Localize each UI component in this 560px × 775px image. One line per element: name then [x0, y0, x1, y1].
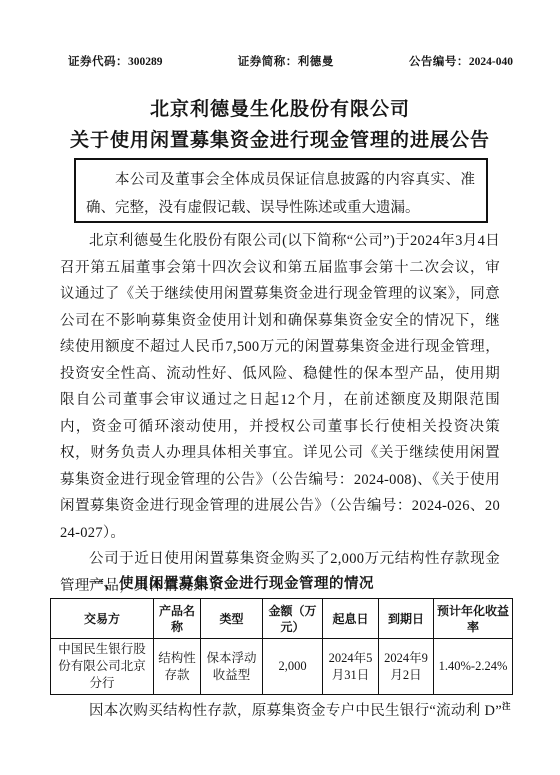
document-header: 证券代码：300289 证券简称：利德曼 公告编号：2024-040: [68, 53, 513, 69]
stock-name: 证券简称：利德曼: [238, 53, 334, 69]
col-header-maturity-date: 到期日: [379, 599, 434, 639]
cell-value-date: 2024年5月31日: [323, 639, 379, 695]
col-header-expected-yield: 预计年化收益率: [434, 599, 513, 639]
announcement-number: 公告编号：2024-040: [409, 53, 513, 69]
stock-code-value: 300289: [128, 56, 163, 68]
cell-product-name: 结构性存款: [154, 639, 201, 695]
table-row: 中国民生银行股份有限公司北京分行 结构性存款 保本浮动收益型 2,000 202…: [51, 639, 513, 695]
col-header-amount: 金额（万元）: [263, 599, 323, 639]
col-header-type: 类型: [201, 599, 263, 639]
col-header-product-name: 产品名称: [154, 599, 201, 639]
table-header-row: 交易方 产品名称 类型 金额（万元） 起息日 到期日 预计年化收益率: [51, 599, 513, 639]
title-line-2: 关于使用闲置募集资金进行现金管理的进展公告: [0, 125, 560, 156]
cell-counterparty: 中国民生银行股份有限公司北京分行: [51, 639, 154, 695]
title-line-1: 北京利德曼生化股份有限公司: [0, 94, 560, 125]
footer-note-text: 因本次购买结构性存款，原募集资金专户中民生银行“流动利 D”: [89, 703, 502, 719]
stock-name-label: 证券简称：: [238, 56, 298, 68]
disclaimer-box: 本公司及董事会全体成员保证信息披露的内容真实、准确、完整，没有虚假记载、误导性陈…: [74, 158, 488, 223]
disclaimer-text: 本公司及董事会全体成员保证信息披露的内容真实、准确、完整，没有虚假记载、误导性陈…: [86, 166, 475, 222]
stock-code: 证券代码：300289: [68, 53, 163, 69]
cash-management-table: 交易方 产品名称 类型 金额（万元） 起息日 到期日 预计年化收益率 中国民生银…: [50, 598, 513, 695]
footer-note: 因本次购买结构性存款，原募集资金专户中民生银行“流动利 D”注: [60, 693, 506, 724]
body-text: 北京利德曼生化股份有限公司(以下简称“公司”)于2024年3月4日召开第五届董事…: [60, 228, 500, 599]
col-header-counterparty: 交易方: [51, 599, 154, 639]
announcement-page: 证券代码：300289 证券简称：利德曼 公告编号：2024-040 北京利德曼…: [0, 0, 560, 775]
stock-name-value: 利德曼: [298, 56, 334, 68]
announcement-number-label: 公告编号：: [409, 56, 469, 68]
announcement-number-value: 2024-040: [469, 56, 513, 68]
paragraph-board-resolution: 北京利德曼生化股份有限公司(以下简称“公司”)于2024年3月4日召开第五届董事…: [60, 228, 500, 546]
section-heading: 一、使用闲置募集资金进行现金管理的情况: [60, 572, 500, 593]
stock-code-label: 证券代码：: [68, 56, 128, 68]
footer-note-superscript: 注: [502, 701, 511, 711]
cell-amount: 2,000: [263, 639, 323, 695]
cell-maturity-date: 2024年9月2日: [379, 639, 434, 695]
col-header-value-date: 起息日: [323, 599, 379, 639]
cell-expected-yield: 1.40%-2.24%: [434, 639, 513, 695]
cell-type: 保本浮动收益型: [201, 639, 263, 695]
document-title: 北京利德曼生化股份有限公司 关于使用闲置募集资金进行现金管理的进展公告: [0, 94, 560, 156]
